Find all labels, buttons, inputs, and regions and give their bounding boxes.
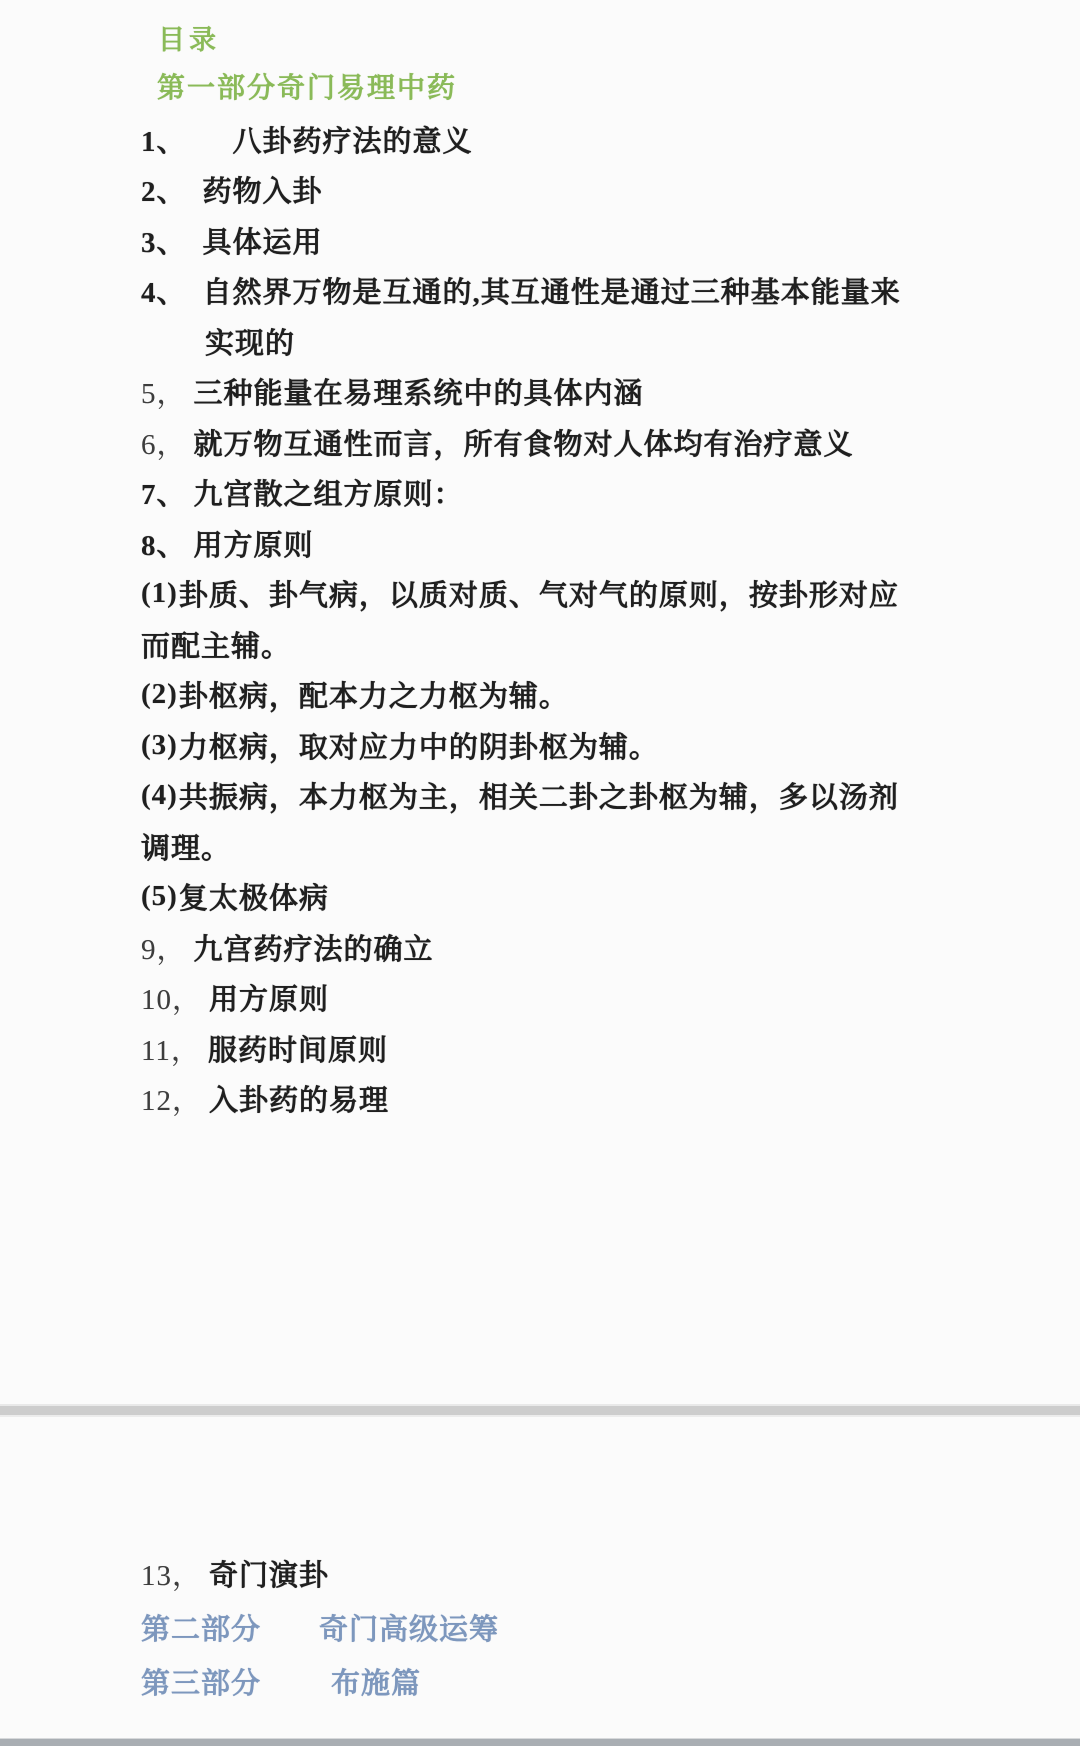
- toc-entry-number: (1): [141, 577, 178, 610]
- toc-part-title: 布施篇: [331, 1661, 421, 1702]
- toc-entry-12: 12， 入卦药的易理: [141, 1074, 1050, 1125]
- toc-entry-9: 9， 九宫药疗法的确立: [141, 922, 1050, 973]
- document-page: 目录 第一部分奇门易理中药 1、 八卦药疗法的意义 2、 药物入卦 3、 具体运…: [0, 0, 1080, 1746]
- toc-entry-number: (5): [141, 880, 178, 913]
- toc-entry-number: (3): [141, 729, 178, 762]
- toc-entry-part2: 第二部分 奇门高级运筹: [141, 1600, 1050, 1654]
- toc-subentry-4: (4) 共振病，本力枢为主，相关二卦之卦枢为辅，多以汤剂: [141, 771, 1050, 822]
- toc-entry-text: 八卦药疗法的意义: [233, 119, 473, 160]
- toc-entry-text: 用方原则: [209, 977, 329, 1018]
- toc-entry-part3: 第三部分 布施篇: [141, 1654, 1050, 1708]
- toc-entry-text: 复太极体病: [179, 876, 329, 917]
- toc-entry-7: 7、 九宫散之组方原则：: [141, 468, 1050, 519]
- toc-entry-4: 4、 自然界万物是互通的,其互通性是通过三种基本能量来: [141, 266, 1050, 317]
- toc-entry-2: 2、 药物入卦: [141, 165, 1050, 216]
- toc-entry-number: 1、: [141, 119, 187, 160]
- toc-entry-number: 7、: [141, 472, 187, 513]
- toc-entry-number: 2、: [141, 169, 187, 210]
- toc-entry-text: 奇门演卦: [209, 1553, 329, 1594]
- toc-subentry-5: (5) 复太极体病: [141, 872, 1050, 923]
- toc-part-title: 奇门高级运筹: [319, 1607, 499, 1648]
- toc-entry-11: 11， 服药时间原则: [141, 1023, 1050, 1074]
- toc-list-page1: 1、 八卦药疗法的意义 2、 药物入卦 3、 具体运用 4、 自然界万物是互通的…: [141, 114, 1050, 1124]
- toc-entry-text: 就万物互通性而言，所有食物对人体均有治疗意义: [194, 422, 854, 463]
- page-break-separator: [0, 1404, 1080, 1417]
- toc-entry-number: 10，: [141, 977, 202, 1018]
- toc-entry-text: 九宫散之组方原则：: [194, 472, 464, 513]
- toc-subentry-2: (2) 卦枢病，配本力之力枢为辅。: [141, 670, 1050, 721]
- toc-subentry-1: (1) 卦质、卦气病，以质对质、气对气的原则，按卦形对应: [141, 569, 1050, 620]
- toc-subentry-1-continuation: 而配主辅。: [141, 619, 1050, 670]
- next-page-break-edge: [0, 1738, 1080, 1746]
- toc-entry-text: 入卦药的易理: [209, 1078, 389, 1119]
- toc-entry-text: 卦枢病，配本力之力枢为辅。: [179, 674, 569, 715]
- toc-entry-text: 卦质、卦气病，以质对质、气对气的原则，按卦形对应: [179, 573, 899, 614]
- toc-entry-10: 10， 用方原则: [141, 973, 1050, 1024]
- toc-entry-number: 9，: [141, 927, 187, 968]
- toc-entry-text: 九宫药疗法的确立: [194, 927, 434, 968]
- toc-entry-number: 6，: [141, 422, 187, 463]
- toc-entry-5: 5， 三种能量在易理系统中的具体内涵: [141, 367, 1050, 418]
- toc-entry-6: 6， 就万物互通性而言，所有食物对人体均有治疗意义: [141, 417, 1050, 468]
- toc-entry-text: 力枢病，取对应力中的阴卦枢为辅。: [179, 725, 659, 766]
- toc-entry-4-continuation: 实现的: [141, 316, 1050, 367]
- toc-entry-text: 具体运用: [203, 220, 323, 261]
- toc-entry-number: 12，: [141, 1078, 202, 1119]
- toc-entry-number: 5，: [141, 371, 187, 412]
- toc-entry-1: 1、 八卦药疗法的意义: [141, 114, 1050, 165]
- toc-entry-text: 而配主辅。: [141, 624, 291, 665]
- toc-entry-number: 3、: [141, 220, 187, 261]
- toc-entry-number: 8、: [141, 523, 187, 564]
- toc-entry-13: 13， 奇门演卦: [141, 1546, 1050, 1600]
- toc-entry-text: 共振病，本力枢为主，相关二卦之卦枢为辅，多以汤剂: [179, 775, 899, 816]
- toc-title: 目录: [158, 16, 220, 58]
- toc-part-label: 第三部分: [141, 1661, 261, 1702]
- toc-subentry-3: (3) 力枢病，取对应力中的阴卦枢为辅。: [141, 720, 1050, 771]
- toc-entry-number: (2): [141, 678, 178, 711]
- toc-entry-number: 11，: [141, 1028, 201, 1069]
- toc-entry-text: 实现的: [141, 321, 295, 362]
- toc-entry-text: 自然界万物是互通的,其互通性是通过三种基本能量来: [203, 270, 901, 311]
- toc-entry-text: 服药时间原则: [208, 1028, 388, 1069]
- toc-entry-number: 4、: [141, 270, 187, 311]
- toc-entry-text: 调理。: [141, 826, 231, 867]
- toc-entry-text: 药物入卦: [203, 169, 323, 210]
- toc-list-page2: 13， 奇门演卦 第二部分 奇门高级运筹 第三部分 布施篇: [141, 1546, 1050, 1708]
- toc-entry-text: 用方原则: [194, 523, 314, 564]
- toc-entry-number: 13，: [141, 1553, 202, 1594]
- toc-subentry-4-continuation: 调理。: [141, 821, 1050, 872]
- toc-entry-8: 8、 用方原则: [141, 518, 1050, 569]
- toc-entry-text: 三种能量在易理系统中的具体内涵: [194, 371, 644, 412]
- part1-heading: 第一部分奇门易理中药: [157, 64, 457, 108]
- toc-part-label: 第二部分: [141, 1607, 261, 1648]
- toc-entry-3: 3、 具体运用: [141, 215, 1050, 266]
- toc-entry-number: (4): [141, 779, 178, 812]
